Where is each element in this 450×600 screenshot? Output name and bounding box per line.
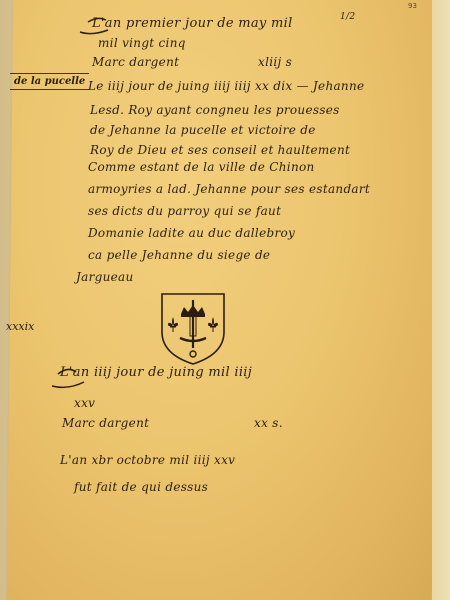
entry-1-line-1: L'an premier jour de may mil — [92, 16, 293, 31]
entry-1-side-note: 1/2 — [340, 12, 355, 22]
flourish-decoration — [78, 14, 118, 38]
entry-2-line-7: ses dicts du parroy qui se faut — [88, 204, 281, 218]
entry-2-line-2: Lesd. Roy ayant congneu les prouesses — [90, 103, 340, 117]
marginal-label: de la pucelle — [10, 73, 89, 90]
folio-number: 93 — [408, 2, 417, 10]
entry-2-line-5: Comme estant de la ville de Chinon — [88, 160, 315, 174]
entry-1-amount: xliij s — [258, 55, 292, 69]
entry-3-line-3: Marc dargent — [62, 416, 149, 430]
marginal-number: xxxix — [6, 320, 34, 333]
entry-4-line-2: fut fait de qui dessus — [74, 480, 208, 494]
entry-2-line-1: Le iiij jour de juing iiij iiij xx dix —… — [88, 79, 364, 93]
entry-3-amount: xx s. — [254, 416, 283, 430]
entry-2-line-8: Domanie ladite au duc dallebroy — [88, 226, 295, 240]
entry-2-line-6: armoyries a lad. Jehanne pour ses estand… — [88, 182, 370, 196]
entry-2-line-4: Roy de Dieu et ses conseil et haultement — [90, 143, 350, 157]
page-edge — [432, 0, 450, 600]
entry-2-line-9: ca pelle Jehanne du siege de — [88, 248, 270, 262]
coat-of-arms-icon — [160, 292, 226, 366]
entry-4-line-1: L'an xbr octobre mil iiij xxv — [60, 453, 235, 467]
entry-2-line-10: Jargueau — [76, 270, 134, 284]
entry-3-line-2: xxv — [74, 396, 95, 410]
entry-1-line-2: mil vingt cinq — [98, 36, 186, 50]
entry-2-line-3: de Jehanne la pucelle et victoire de — [90, 123, 316, 137]
flourish-decoration — [50, 364, 90, 390]
entry-1-line-3: Marc dargent — [92, 55, 179, 69]
